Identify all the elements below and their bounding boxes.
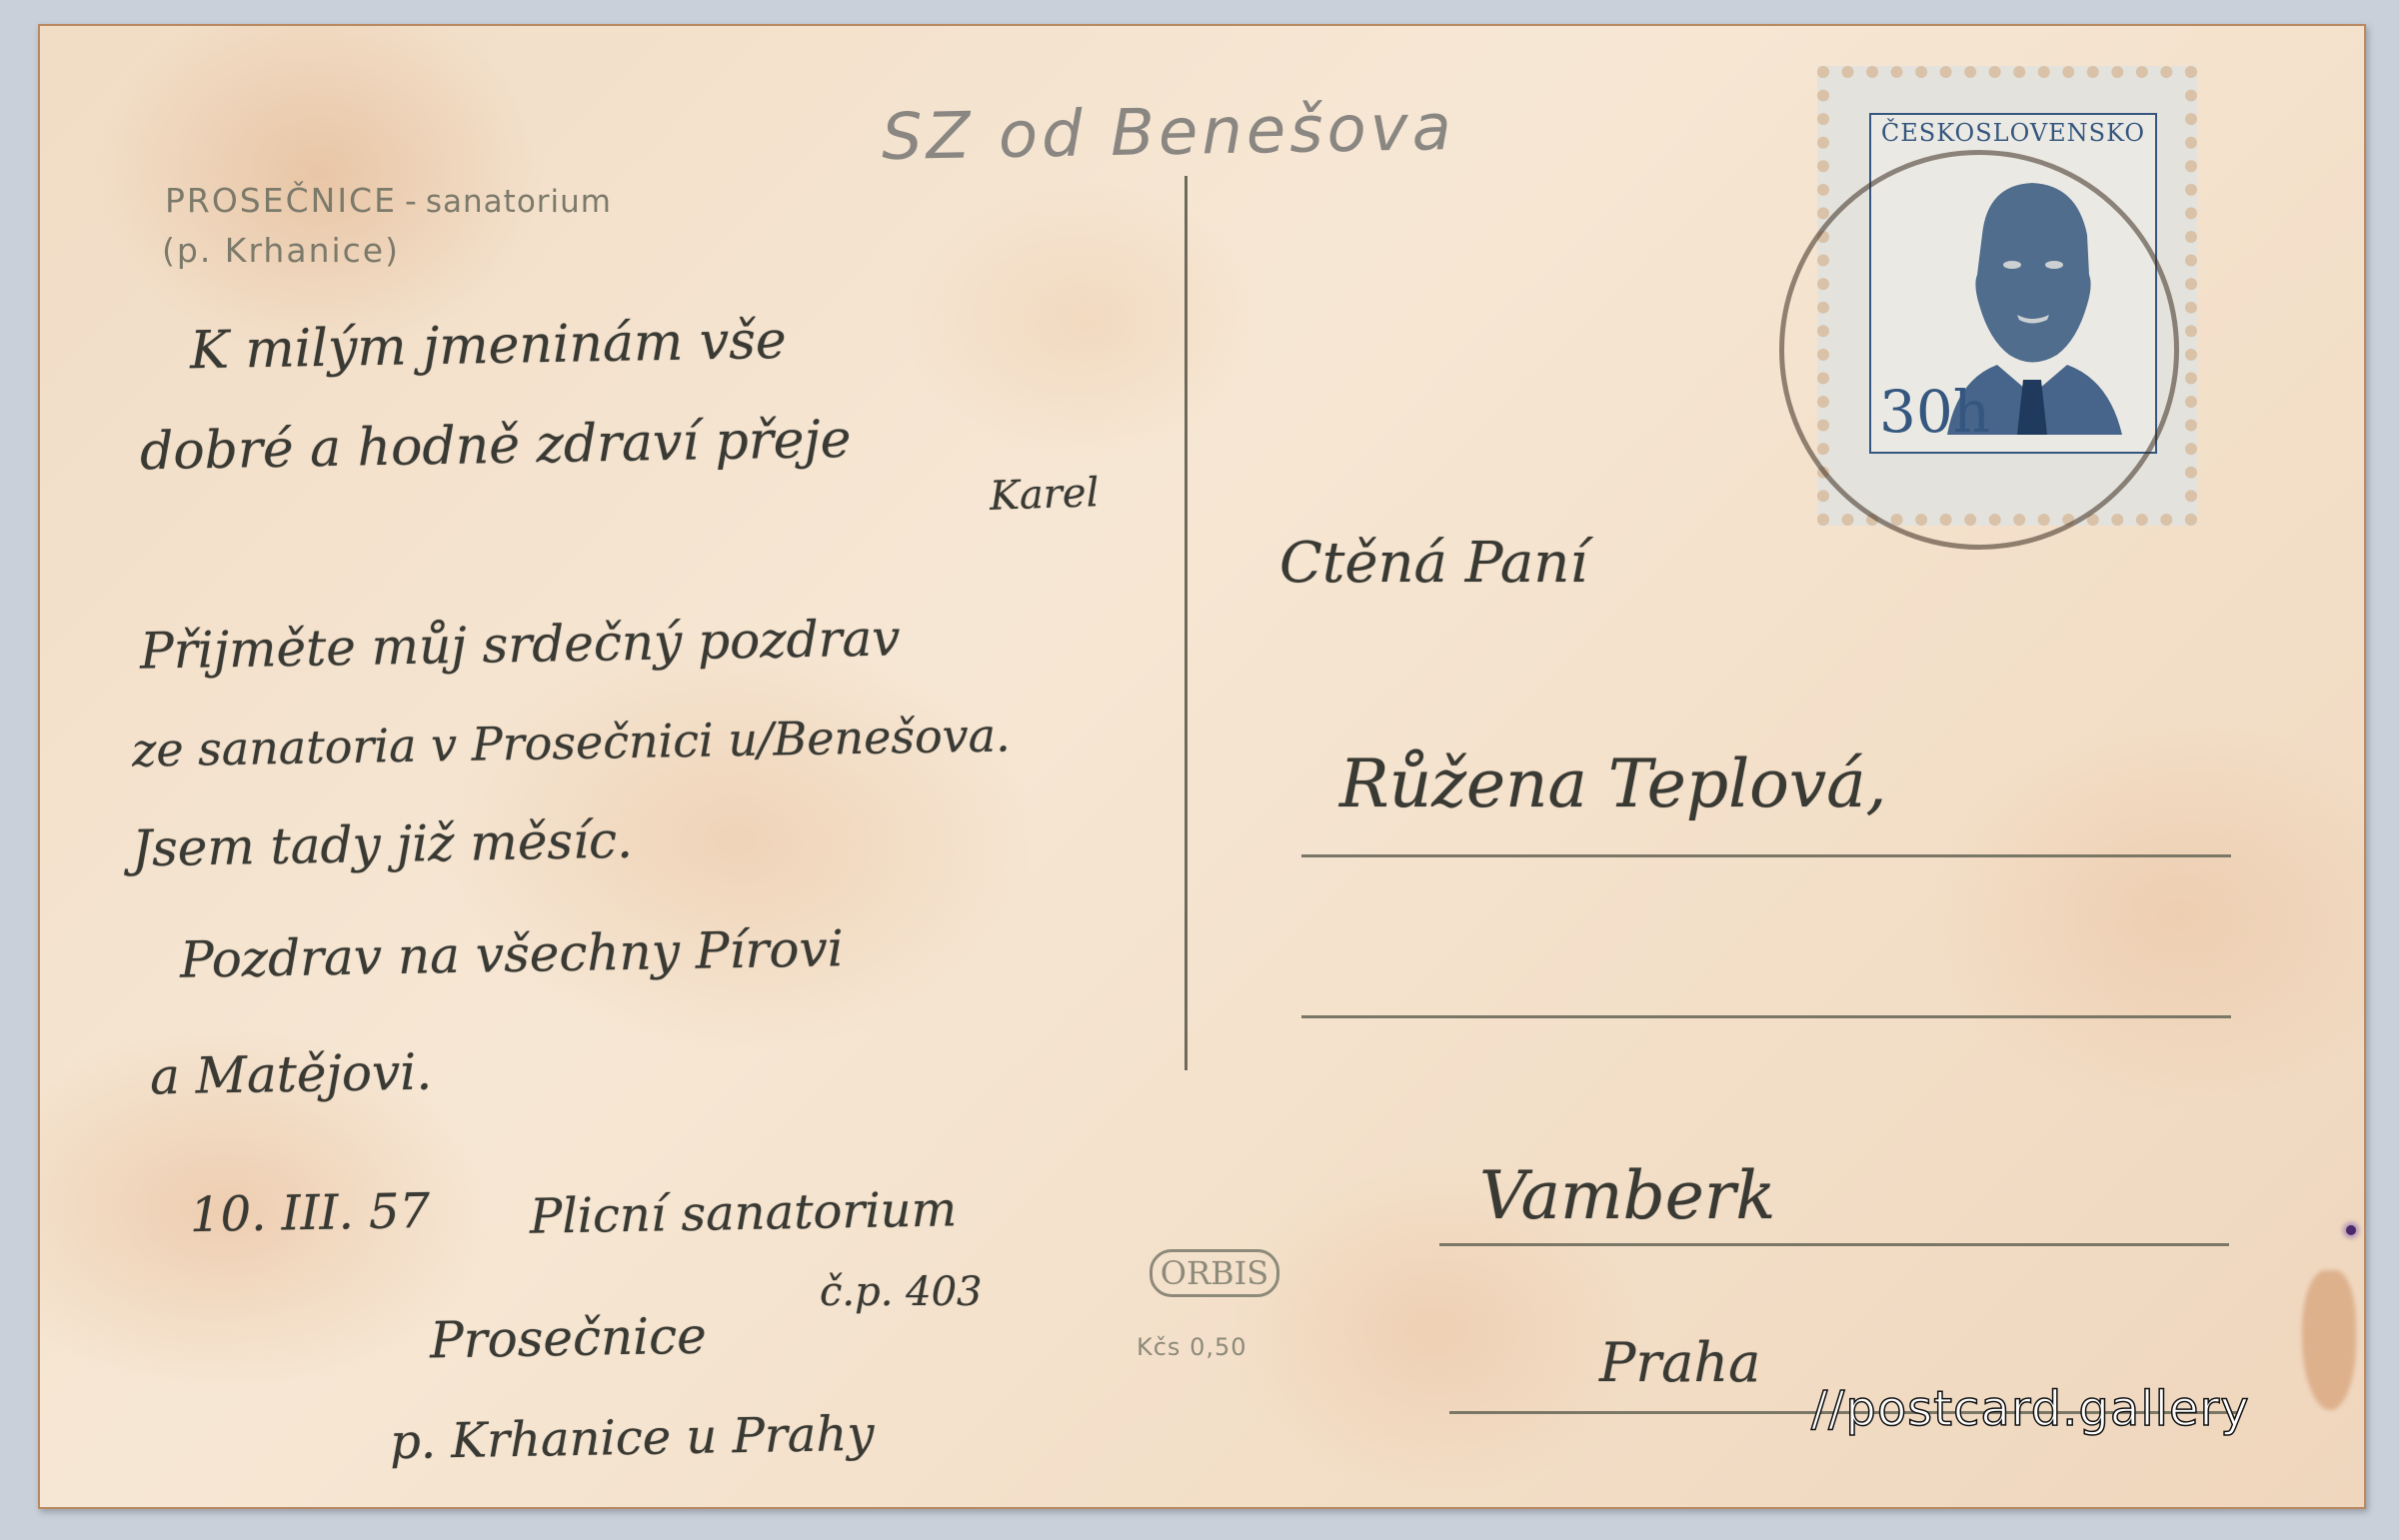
- message-line: Jsem tady již měsíc.: [132, 811, 634, 878]
- printed-kind: sanatorium: [426, 184, 612, 220]
- message-line: Přijměte můj srdečný pozdrav: [140, 609, 901, 680]
- water-stain: [2302, 1270, 2356, 1410]
- sender-date: 10. III. 57: [190, 1183, 431, 1243]
- postmark-icon: [1779, 150, 2179, 550]
- address-town: Vamberk: [1479, 1157, 1775, 1234]
- printed-subheader: (p. Krhanice): [162, 231, 400, 270]
- pencil-note: SZ od Benešova: [881, 91, 1455, 175]
- address-line: [1301, 1015, 2231, 1018]
- address-line: [1301, 854, 2231, 857]
- address-salutation: Ctěná Paní: [1279, 531, 1587, 596]
- address-line: [1439, 1243, 2229, 1246]
- message-line: K milým jmeninám vše: [190, 311, 788, 381]
- sender-town: Prosečnice: [430, 1307, 708, 1370]
- divider-line: [1185, 176, 1188, 1070]
- printed-separator: -: [405, 181, 418, 220]
- publisher-logo: ORBIS: [1150, 1249, 1279, 1297]
- message-line: a Matějovi.: [150, 1043, 433, 1106]
- sender-institution: Plicní sanatorium: [530, 1181, 958, 1244]
- message-line: Pozdrav na všechny Pírovi: [180, 919, 845, 989]
- address-region: Praha: [1599, 1331, 1760, 1394]
- address-name: Růžena Teplová,: [1339, 746, 1887, 822]
- stamp-country: ČESKOSLOVENSKO: [1871, 119, 2155, 147]
- message-signature: Karel: [989, 470, 1100, 520]
- ink-dot: [2346, 1225, 2356, 1235]
- message-line: ze sanatoria v Prosečnici u/Benešova.: [132, 708, 1012, 776]
- sender-post: p. Krhanice u Prahy: [390, 1406, 875, 1470]
- printed-header: PROSEČNICE-sanatorium: [165, 181, 612, 220]
- price-label: Kčs 0,50: [1137, 1333, 1247, 1361]
- printed-place: PROSEČNICE: [165, 181, 397, 220]
- sender-house-number: č.p. 403: [820, 1269, 983, 1315]
- watermark: //postcard.gallery: [1811, 1381, 2250, 1437]
- message-line: dobré a hodně zdraví přeje: [140, 410, 852, 482]
